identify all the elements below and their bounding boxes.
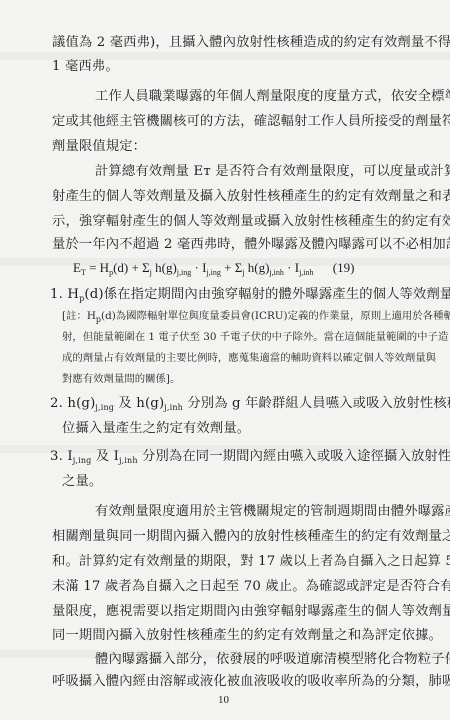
paragraph-start: 工作人員職業曝露的年個人劑量限度的度量方式，依安全標準的規 <box>95 88 450 106</box>
text-line: 相關劑量與同一期間內攝入體內的放射性核種產生的約定有效劑量之 <box>52 528 450 546</box>
note-line: 對應有效劑量間的關係]。 <box>62 372 180 386</box>
text-line: 劑量限值規定： <box>52 138 146 156</box>
text-line: 未滿 17 歲者為自攝入之日起至 70 歲止。為確認或評定是否符合有效劑 <box>52 578 450 596</box>
text-line: 量於一年內不超過 2 毫西弗時，體外曝露及體內曝露可以不必相加計算： <box>52 236 450 254</box>
note-line: 射，但能量範圍在 1 電子伏至 30 千電子伏的中子除外。當在這個能量範圍的中子… <box>62 330 448 344</box>
text-line: 示，強穿輻射產生的個人等效劑量或攝入放射性核種產生的約定有效劑 <box>52 213 450 231</box>
paragraph-start: 體內曝露攝入部分，依發展的呼吸道廓清模型將化合物粒子依經由 <box>95 651 450 669</box>
list-item-2: 2. h(g)j,ing 及 h(g)j,inh 分別為 g 年齡群組人員嚥入或… <box>50 395 450 413</box>
list-item-3: 3. Ij,ing 及 Ij,inh 分別為在同一期間內經由嚥入或吸入途徑攝入放… <box>50 448 450 466</box>
list-item-2-cont: 位攝入量產生之約定有效劑量。 <box>62 420 250 438</box>
text-line: 和。計算約定有效劑量的期限，對 17 歲以上者為自攝入之日起算 50 年， <box>52 553 450 571</box>
text-line: 定或其他經主管機關核可的方法，確認輻射工作人員所接受的劑量符合 <box>52 113 450 131</box>
equation-number: (19) <box>333 260 355 275</box>
paragraph-start: 計算總有效劑量 Eᴛ 是否符合有效劑量限度，可以度量或計算強穿輻 <box>95 163 450 181</box>
document-page: 議值為 2 毫西弗)，且攝入體內放射性核種造成的約定有效劑量不得超過 1 毫西弗… <box>0 0 450 720</box>
text-line: 1 毫西弗。 <box>52 58 119 76</box>
text-line: 量限度，應視需要以指定期間內由強穿輻射曝露產生的個人等效劑量與 <box>52 603 450 621</box>
text-line: 呼吸攝入體內經由溶解或液化被血液吸收的吸收率所為的分類，肺吸收 <box>52 673 450 691</box>
list-item-3-cont: 之量。 <box>62 473 102 491</box>
text-line: 射產生的個人等效劑量及攝入放射性核種產生的約定有效劑量之和表 <box>52 188 450 206</box>
text-line: 議值為 2 毫西弗)，且攝入體內放射性核種造成的約定有效劑量不得超過 <box>52 34 450 52</box>
note-line: [註：Hp(d)為國際輻射單位與度量委員會(ICRU)定義的作業量，原則上適用於… <box>62 309 450 323</box>
note-line: 成的劑量占有效劑量的主要比例時，應蒐集適當的輔助資料以確定個人等效劑量與 <box>62 351 436 365</box>
text-line: 同一期間內攝入放射性核種產生的約定有效劑量之和為評定依據。 <box>52 627 442 645</box>
paragraph-start: 有效劑量限度適用於主管機關規定的管制週期間由體外曝露產生的 <box>95 503 450 521</box>
equation-19: ET = Hp(d) + Σj h(g)j,ing · Ij,ing + Σj … <box>73 259 354 277</box>
page-number: 10 <box>218 694 229 706</box>
list-item-1: 1. Hp(d)係在指定期間內由強穿輻射的體外曝露產生的個人等效劑量。 <box>50 286 450 304</box>
